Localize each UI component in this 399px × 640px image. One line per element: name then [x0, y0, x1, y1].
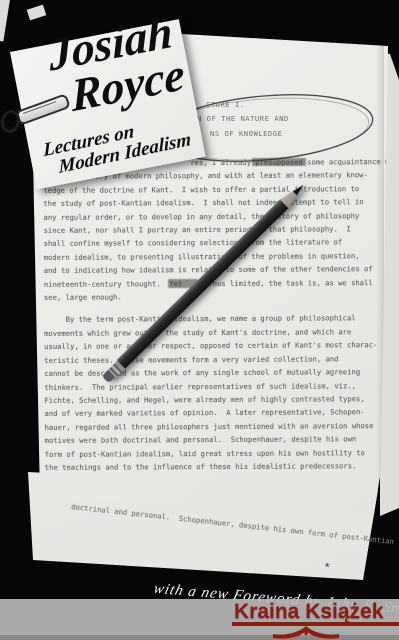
manuscript-body: res, I already presupposed some acquaint…: [43, 155, 391, 474]
lecture-heading-line3: NS OF KNOWLEDGE: [210, 129, 282, 138]
watermark-logo-text: Kraina Książek: [234, 600, 383, 624]
paper-scrap: [27, 5, 47, 21]
paper-scrap: [0, 0, 11, 41]
lecture-heading-line2: N OF THE NATURE AND: [197, 114, 289, 123]
manuscript-paragraph-2: By the term post-Kantian idealism, we na…: [44, 312, 391, 475]
typeover-smudge: [252, 158, 306, 166]
book-cover: doctrinal and personal. Schopenhauer, de…: [0, 0, 399, 640]
open-book-icon: [272, 625, 340, 640]
lecture-heading-line1: CTURE I.: [206, 100, 245, 109]
